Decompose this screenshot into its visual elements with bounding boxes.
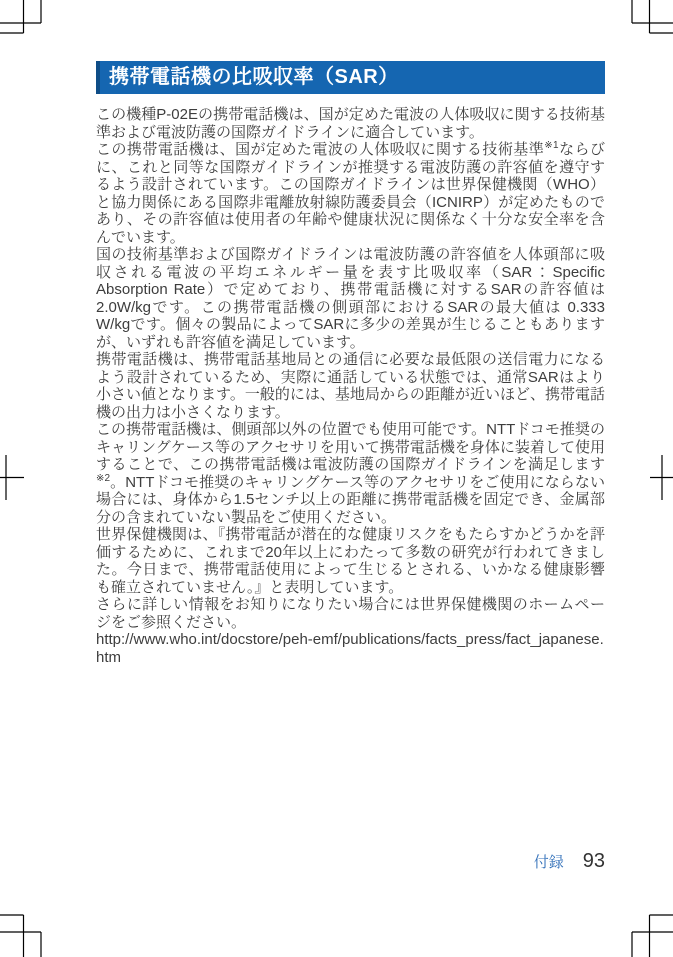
- footer-section-label: 付録: [534, 851, 564, 872]
- trim-mark-bottom-left: [0, 915, 41, 957]
- body-text: この機種P-02Eの携帯電話機は、国が定めた電波の人体吸収に関する技術基準および…: [96, 106, 605, 666]
- register-mark-right: [650, 455, 673, 500]
- paragraph: 携帯電話機は、携帯電話基地局との通信に必要な最低限の送信電力になるよう設計されて…: [96, 351, 605, 421]
- paragraph: 国の技術基準および国際ガイドラインは電波防護の許容値を人体頭部に吸収される電波の…: [96, 246, 605, 351]
- trim-mark-top-left: [0, 0, 41, 33]
- paragraph-text: 世界保健機関は、『携帯電話が潜在的な健康リスクをもたらすかどうかを評価するために…: [96, 526, 605, 596]
- paragraph-text: この携帯電話機は、国が定めた電波の人体吸収に関する技術基準: [96, 141, 544, 158]
- paragraph: さらに詳しい情報をお知りになりたい場合には世界保健機関のホームページをご参照くだ…: [96, 596, 605, 631]
- register-mark-left: [0, 455, 24, 500]
- paragraph: この携帯電話機は、側頭部以外の位置でも使用可能です。NTTドコモ推奨のキャリング…: [96, 421, 605, 526]
- paragraph-text: この携帯電話機は、側頭部以外の位置でも使用可能です。NTTドコモ推奨のキャリング…: [96, 421, 605, 473]
- paragraph-text: 携帯電話機は、携帯電話基地局との通信に必要な最低限の送信電力になるよう設計されて…: [96, 351, 605, 421]
- paragraph: この機種P-02Eの携帯電話機は、国が定めた電波の人体吸収に関する技術基準および…: [96, 106, 605, 141]
- superscript-note-ref: ※2: [96, 473, 110, 484]
- superscript-note-ref: ※1: [544, 140, 558, 151]
- trim-mark-bottom-right: [632, 915, 673, 957]
- section-title: 携帯電話機の比吸収率（SAR）: [109, 66, 399, 88]
- paragraph-text: 。NTTドコモ推奨のキャリングケース等のアクセサリをご使用にならない場合には、身…: [96, 474, 605, 526]
- paragraph-text: http://www.who.int/docstore/peh-emf/publ…: [96, 631, 604, 666]
- who-url-text: http://www.who.int/docstore/peh-emf/publ…: [96, 631, 605, 666]
- paragraph: この携帯電話機は、国が定めた電波の人体吸収に関する技術基準※1ならびに、これと同…: [96, 141, 605, 246]
- section-title-bar: 携帯電話機の比吸収率（SAR）: [96, 61, 605, 94]
- manual-page: 携帯電話機の比吸収率（SAR） この機種P-02Eの携帯電話機は、国が定めた電波…: [0, 0, 673, 957]
- page-footer: 付録 93: [534, 850, 605, 873]
- paragraph: 世界保健機関は、『携帯電話が潜在的な健康リスクをもたらすかどうかを評価するために…: [96, 526, 605, 596]
- footer-page-number: 93: [583, 850, 605, 873]
- paragraph-text: さらに詳しい情報をお知りになりたい場合には世界保健機関のホームページをご参照くだ…: [96, 596, 605, 631]
- paragraph-text: この機種P-02Eの携帯電話機は、国が定めた電波の人体吸収に関する技術基準および…: [96, 106, 605, 141]
- paragraph-text: 国の技術基準および国際ガイドラインは電波防護の許容値を人体頭部に吸収される電波の…: [96, 246, 605, 351]
- trim-mark-top-right: [632, 0, 673, 33]
